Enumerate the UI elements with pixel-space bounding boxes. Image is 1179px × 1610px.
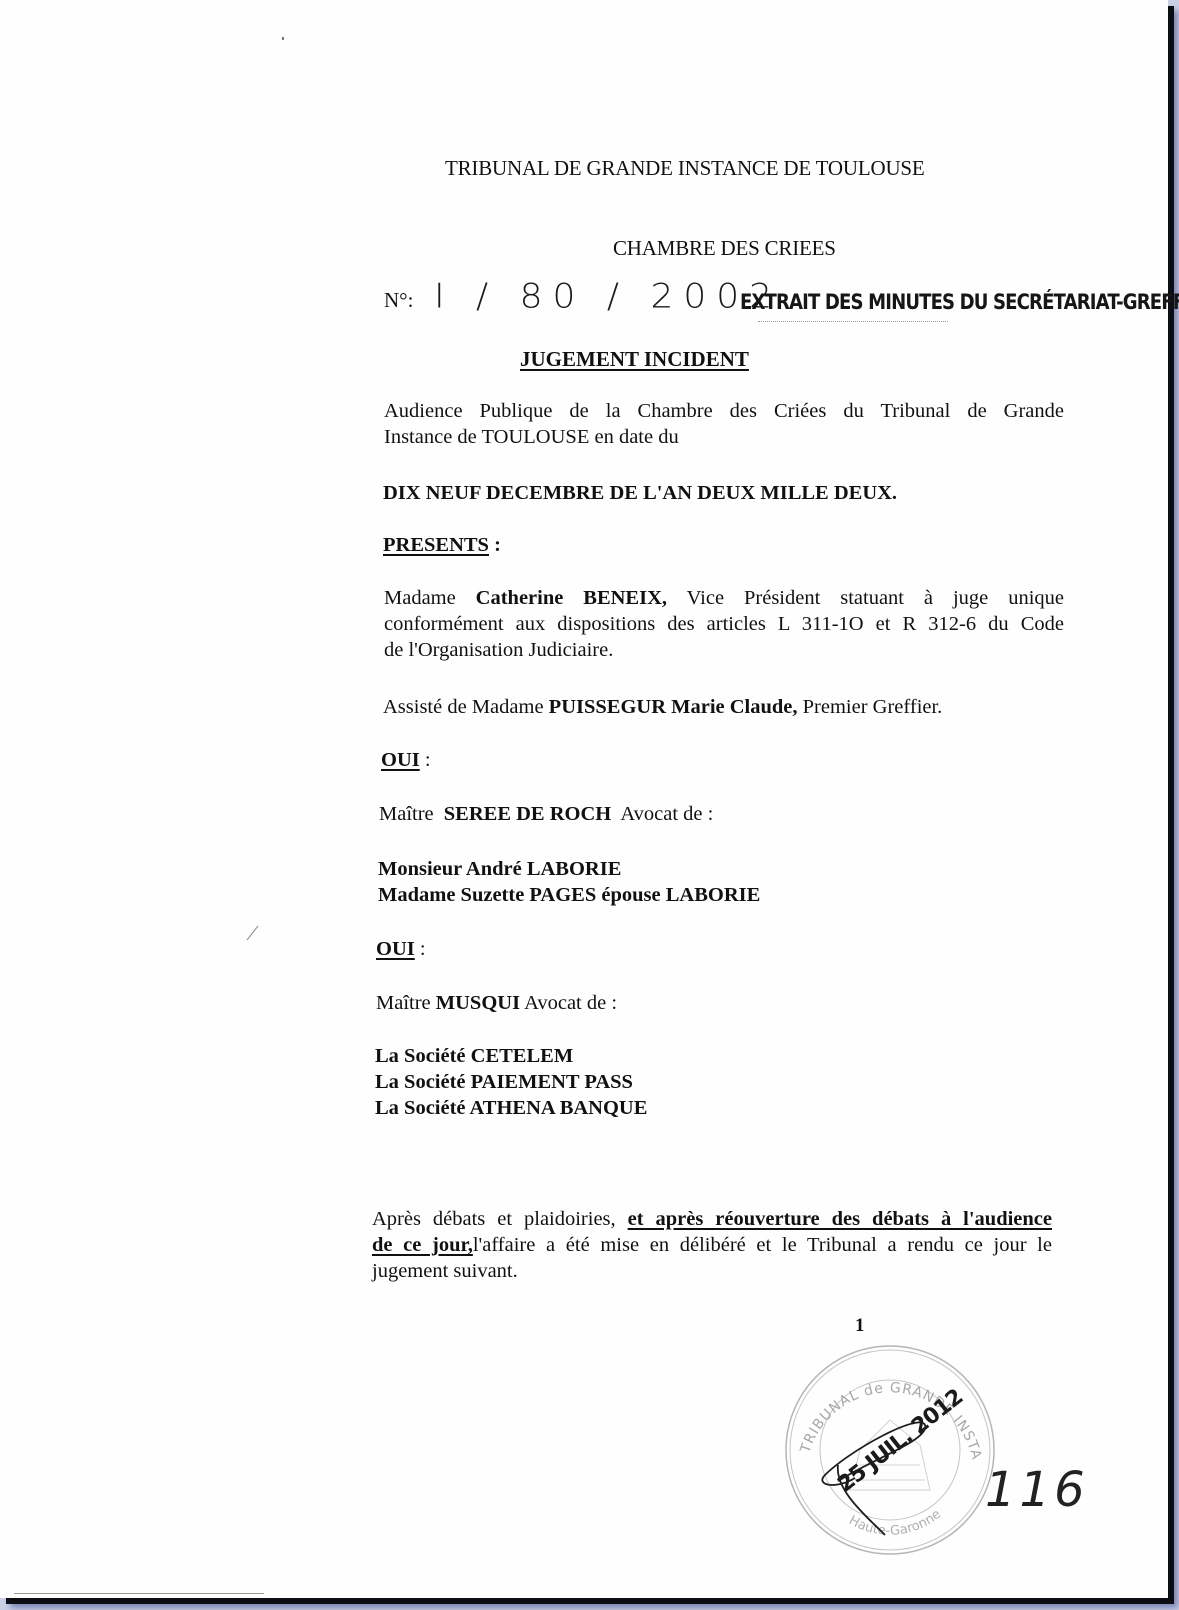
scanned-page: TRIBUNAL DE GRANDE INSTANCE DE TOULOUSE …: [0, 0, 1168, 1598]
judge-paragraph: Madame Catherine BENEIX, Vice Président …: [384, 585, 1064, 663]
case-number-handwritten: I / 80 / 2002: [434, 277, 782, 316]
presents-heading: PRESENTS :: [383, 532, 501, 558]
hearing-date: DIX NEUF DECEMBRE DE L'AN DEUX MILLE DEU…: [383, 480, 897, 506]
oui-colon-2: :: [415, 938, 426, 960]
oui-heading-2: OUI :: [376, 936, 426, 962]
closing-line-3: jugement suivant.: [372, 1260, 518, 1282]
client-item: La Société ATHENA BANQUE: [375, 1095, 647, 1121]
court-name: TRIBUNAL DE GRANDE INSTANCE DE TOULOUSE: [445, 155, 925, 181]
lawyer-name-1: SEREE DE ROCH: [444, 803, 611, 825]
closing-part-1: Après débats et plaidoiries,: [372, 1208, 628, 1230]
hearing-intro-line-1: Audience Publique de la Chambre des Crié…: [384, 398, 1064, 424]
oui-colon-1: :: [420, 749, 431, 771]
closing-emphasis-2: de ce jour,: [372, 1234, 473, 1256]
judge-prefix: Madame: [384, 587, 476, 609]
judge-name: Catherine BENEIX,: [476, 587, 667, 609]
hearing-intro-line-2: Instance de TOULOUSE en date du: [384, 426, 679, 448]
closing-emphasis-1: et après réouverture des débats à l'audi…: [628, 1208, 1052, 1230]
closing-line-1: Après débats et plaidoiries, et après ré…: [372, 1206, 1052, 1232]
clerk-prefix: Assisté de Madame: [383, 696, 549, 718]
client-item: Monsieur André LABORIE: [378, 856, 760, 882]
extrait-stamp: EXTRAIT DES MINUTES DU SECRÉTARIAT-GREFF: [740, 290, 1179, 314]
clerk-line: Assisté de Madame PUISSEGUR Marie Claude…: [383, 694, 942, 720]
oui-heading-1: OUI :: [381, 747, 431, 773]
judge-line-3: de l'Organisation Judiciaire.: [384, 639, 613, 661]
presents-colon: :: [489, 534, 501, 556]
case-number-label: N°:: [384, 288, 413, 313]
lawyer-prefix-2: Maître: [376, 992, 436, 1014]
closing-part-3: l'affaire a été mise en délibéré et le T…: [473, 1234, 1052, 1256]
lawyer-name-2: MUSQUI: [436, 992, 520, 1014]
clerk-name: PUISSEGUR Marie Claude,: [549, 696, 798, 718]
hearing-intro: Audience Publique de la Chambre des Crié…: [384, 398, 1064, 450]
client-item: Madame Suzette PAGES épouse LABORIE: [378, 882, 760, 908]
judge-role: Vice Président statuant à juge unique: [667, 587, 1064, 609]
client-item: La Société PAIEMENT PASS: [375, 1069, 647, 1095]
chamber-name: CHAMBRE DES CRIEES: [613, 235, 836, 261]
court-seal-icon: TRIBUNAL de GRANDE INSTANCE de TOULOUSE …: [780, 1340, 1000, 1560]
lawyer-suffix-1: Avocat de :: [611, 803, 713, 825]
oui-label-1: OUI: [381, 749, 420, 771]
scan-mark: [247, 926, 259, 941]
client-list-1: Monsieur André LABORIE Madame Suzette PA…: [378, 856, 760, 908]
closing-paragraph: Après débats et plaidoiries, et après ré…: [372, 1206, 1052, 1284]
judge-line-2: conformément aux dispositions des articl…: [384, 611, 1064, 637]
client-list-2: La Société CETELEM La Société PAIEMENT P…: [375, 1043, 647, 1121]
presents-label: PRESENTS: [383, 534, 489, 556]
folio-number-handwritten: 116: [985, 1462, 1089, 1518]
lawyer-line-1: Maître SEREE DE ROCH Avocat de :: [379, 801, 713, 827]
scan-speck: [282, 37, 284, 40]
client-item: La Société CETELEM: [375, 1043, 647, 1069]
clerk-role: Premier Greffier.: [798, 696, 943, 718]
judgment-title: JUGEMENT INCIDENT: [520, 347, 749, 372]
oui-label-2: OUI: [376, 938, 415, 960]
stamp-dotted-line: [758, 321, 948, 322]
scan-footer-line: [14, 1593, 264, 1594]
judge-line-1: Madame Catherine BENEIX, Vice Président …: [384, 585, 1064, 611]
closing-line-2: de ce jour,l'affaire a été mise en délib…: [372, 1232, 1052, 1258]
page-number: 1: [855, 1315, 865, 1337]
lawyer-line-2: Maître MUSQUI Avocat de :: [376, 990, 617, 1016]
lawyer-suffix-2: Avocat de :: [520, 992, 617, 1014]
lawyer-prefix-1: Maître: [379, 803, 439, 825]
